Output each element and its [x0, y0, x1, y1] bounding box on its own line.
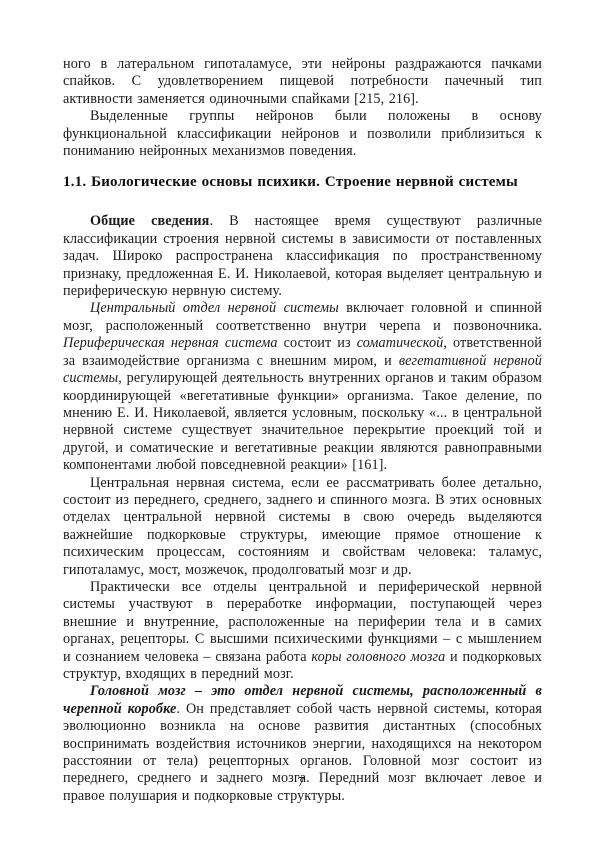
page-number: 7	[0, 775, 602, 791]
paragraph: Общие сведения. В настоящее время сущест…	[63, 213, 542, 300]
text-run: коры головного мозга	[311, 649, 445, 665]
text-run: Общие сведения	[90, 213, 209, 229]
paragraph: Центральная нервная система, если ее рас…	[63, 475, 542, 579]
text-run: , регулирующей деятельность внутренних о…	[63, 370, 542, 473]
book-page: ного в латеральном гипоталамусе, эти ней…	[0, 0, 602, 854]
section-heading: 1.1. Биологические основы психики. Строе…	[63, 173, 542, 191]
paragraph: Выделенные группы нейронов были положены…	[63, 108, 542, 160]
paragraph: Центральный отдел нервной системы включа…	[63, 300, 542, 474]
text-run: Центральная нервная система, если ее рас…	[63, 475, 542, 578]
text-column: ного в латеральном гипоталамусе, эти ней…	[63, 56, 542, 805]
text-run: соматической	[357, 335, 444, 351]
text-run: состоит из	[278, 335, 357, 351]
text-run: Периферическая нервная система	[63, 335, 278, 351]
text-run: ного в латеральном гипоталамусе, эти ней…	[63, 56, 542, 107]
paragraph: Практически все отделы центральной и пер…	[63, 579, 542, 683]
paragraph: ного в латеральном гипоталамусе, эти ней…	[63, 56, 542, 108]
text-run: Центральный отдел нервной системы	[90, 300, 339, 316]
text-run: Выделенные группы нейронов были положены…	[63, 108, 542, 159]
